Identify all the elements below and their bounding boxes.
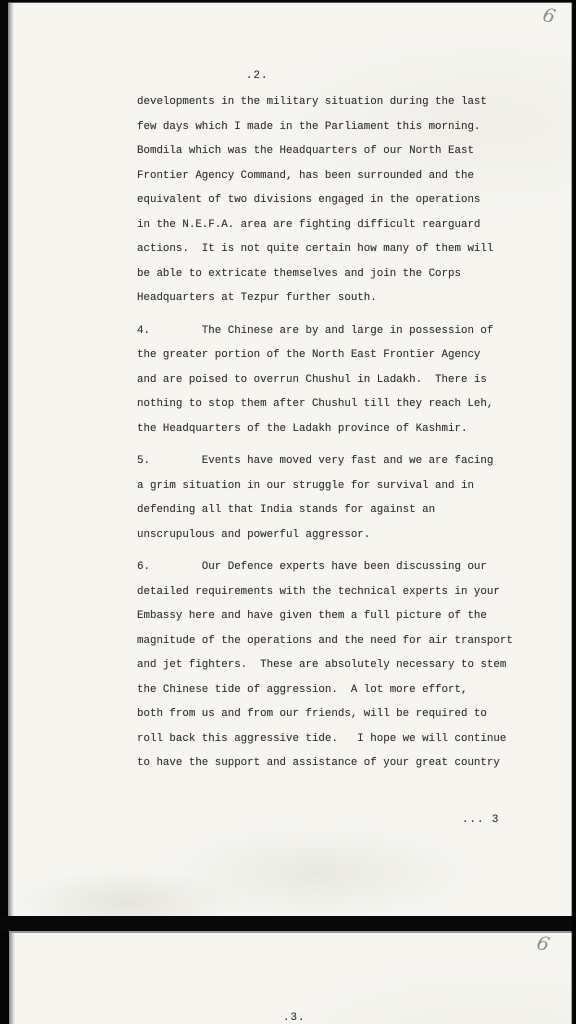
scan-gap-band xyxy=(0,916,576,931)
text-line: the greater portion of the North East Fr… xyxy=(137,343,537,368)
paragraph: 4. The Chinese are by and large in posse… xyxy=(137,319,537,442)
text-line: defending all that India stands for agai… xyxy=(137,498,537,523)
paragraph: developments in the military situation d… xyxy=(137,90,537,311)
text-line: roll back this aggressive tide. I hope w… xyxy=(137,727,537,752)
page-3-sheet xyxy=(9,931,576,1024)
text-line: Bomdila which was the Headquarters of ou… xyxy=(137,139,537,164)
text-line: 6. Our Defence experts have been discuss… xyxy=(137,555,537,580)
text-line: and are poised to overrun Chushul in Lad… xyxy=(137,368,537,393)
page-number-page2: .2. xyxy=(246,70,268,82)
text-line: 5. Events have moved very fast and we ar… xyxy=(137,449,537,474)
text-line: detailed requirements with the technical… xyxy=(137,580,537,605)
scanned-document-view: 6 .2. developments in the military situa… xyxy=(0,0,576,1024)
text-line: a grim situation in our struggle for sur… xyxy=(137,474,537,499)
text-line: both from us and from our friends, will … xyxy=(137,702,537,727)
text-line: equivalent of two divisions engaged in t… xyxy=(137,188,537,213)
text-line: few days which I made in the Parliament … xyxy=(137,115,537,140)
text-line: and jet fighters. These are absolutely n… xyxy=(137,653,537,678)
text-line: Headquarters at Tezpur further south. xyxy=(137,286,537,311)
text-line: 4. The Chinese are by and large in posse… xyxy=(137,319,537,344)
page-number-page3: .3. xyxy=(283,1012,305,1024)
text-line: actions. It is not quite certain how man… xyxy=(137,237,537,262)
scan-right-edge xyxy=(571,0,576,1024)
text-line: the Chinese tide of aggression. A lot mo… xyxy=(137,678,537,703)
continuation-mark: ... 3 xyxy=(462,814,499,826)
text-block: developments in the military situation d… xyxy=(137,90,537,784)
text-line: to have the support and assistance of yo… xyxy=(137,751,537,776)
text-line: unscrupulous and powerful aggressor. xyxy=(137,523,537,548)
text-line: in the N.E.F.A. area are fighting diffic… xyxy=(137,213,537,238)
text-line: Embassy here and have given them a full … xyxy=(137,604,537,629)
text-line: the Headquarters of the Ladakh province … xyxy=(137,417,537,442)
paragraph: 5. Events have moved very fast and we ar… xyxy=(137,449,537,547)
paragraph: 6. Our Defence experts have been discuss… xyxy=(137,555,537,776)
text-line: Frontier Agency Command, has been surrou… xyxy=(137,164,537,189)
text-line: magnitude of the operations and the need… xyxy=(137,629,537,654)
text-line: developments in the military situation d… xyxy=(137,90,537,115)
text-line: nothing to stop them after Chushul till … xyxy=(137,392,537,417)
text-line: be able to extricate themselves and join… xyxy=(137,262,537,287)
